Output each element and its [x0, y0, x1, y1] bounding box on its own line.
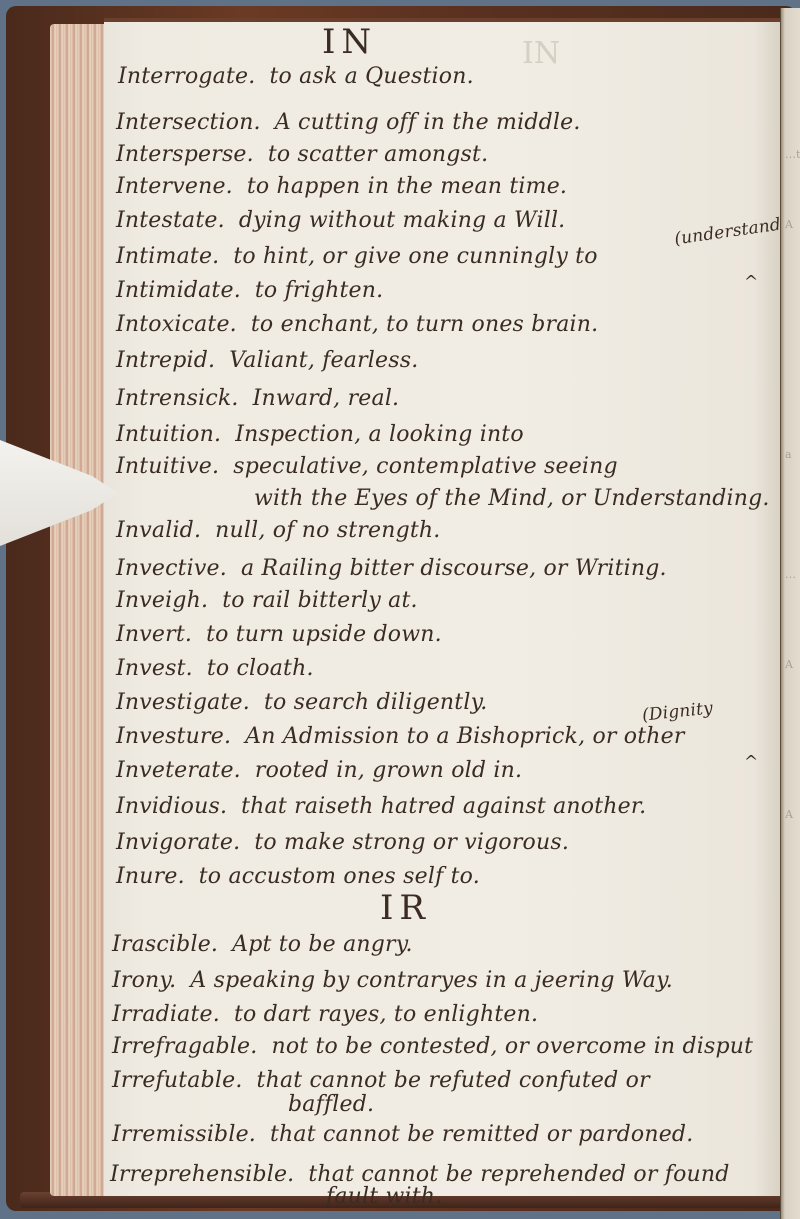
entry-term: Invigorate.	[116, 830, 240, 855]
entry-definition: to turn upside down.	[206, 622, 442, 647]
entry-irreprehensible-continuation: fault with.	[326, 1184, 442, 1209]
entry-term: Irremissible.	[112, 1122, 256, 1147]
entry-definition: to enchant, to turn ones brain.	[251, 312, 598, 337]
entry-definition: Inward, real.	[253, 386, 400, 411]
entry-definition: to happen in the mean time.	[247, 174, 567, 199]
entry-definition: A cutting off in the middle.	[275, 110, 581, 135]
entry-term: Invest.	[116, 656, 193, 681]
entry-term: Intrepid.	[116, 348, 215, 373]
entry-definition: to hint, or give one cunningly to	[233, 244, 597, 269]
entry-intersperse: Intersperse.to scatter amongst.	[116, 142, 488, 167]
entry-definition: to ask a Question.	[269, 64, 473, 89]
entry-irascible: Irascible.Apt to be angry.	[112, 932, 413, 957]
manuscript-page: IN IN Interrogate.to ask a Question. Int…	[104, 18, 780, 1196]
entry-term: Invidious.	[116, 794, 227, 819]
entry-definition: Apt to be angry.	[232, 932, 413, 957]
insertion-caret: ^	[744, 272, 758, 292]
page-edges	[50, 24, 108, 1196]
entry-interrogate: Interrogate.to ask a Question.	[118, 64, 474, 89]
entry-investigate: Investigate.to search diligently.	[116, 690, 487, 715]
entry-definition: null, of no strength.	[215, 518, 440, 543]
entry-definition: speculative, contemplative seeing	[233, 454, 618, 479]
section-heading-ir: IR	[380, 888, 431, 928]
entry-term: Intuitive.	[116, 454, 219, 479]
entry-definition: to make strong or vigorous.	[254, 830, 569, 855]
entry-term: Intrensick.	[116, 386, 239, 411]
entry-definition: to dart rayes, to enlighten.	[234, 1002, 538, 1027]
entry-invidious: Invidious.that raiseth hatred against an…	[116, 794, 646, 819]
entry-irony: Irony.A speaking by contraryes in a jeer…	[112, 968, 673, 993]
entry-term: Intersection.	[116, 110, 261, 135]
entry-term: Irreprehensible.	[110, 1162, 294, 1187]
bleed-through-heading: IN	[522, 36, 560, 71]
entry-term: Investigate.	[116, 690, 250, 715]
entry-term: Inure.	[116, 864, 185, 889]
entry-invest: Invest.to cloath.	[116, 656, 314, 681]
entry-term: Irrefragable.	[112, 1034, 257, 1059]
entry-invert: Invert.to turn upside down.	[116, 622, 442, 647]
entry-irremissible: Irremissible.that cannot be remitted or …	[112, 1122, 693, 1147]
entry-intimate: Intimate.to hint, or give one cunningly …	[116, 244, 598, 269]
entry-irrefragable: Irrefragable.not to be contested, or ove…	[112, 1034, 753, 1059]
entry-definition: Inspection, a looking into	[235, 422, 524, 447]
marginal-note-understand: (understand	[673, 215, 782, 250]
entry-definition: Valiant, fearless.	[229, 348, 418, 373]
section-heading-in: IN	[322, 22, 377, 62]
entry-irrefutable-continuation: baffled.	[288, 1092, 374, 1117]
entry-term: Inveigh.	[116, 588, 208, 613]
entry-definition: rooted in, grown old in.	[255, 758, 522, 783]
entry-definition: to rail bitterly at.	[222, 588, 418, 613]
entry-inveigh: Inveigh.to rail bitterly at.	[116, 588, 418, 613]
entry-intimidate: Intimidate.to frighten.	[116, 278, 383, 303]
entry-term: Intervene.	[116, 174, 233, 199]
entry-definition: to search diligently.	[264, 690, 488, 715]
entry-definition: that cannot be refuted confuted or	[257, 1068, 650, 1093]
entry-term: Intersperse.	[116, 142, 254, 167]
entry-irrefutable: Irrefutable.that cannot be refuted confu…	[112, 1068, 650, 1093]
entry-term: Inveterate.	[116, 758, 241, 783]
entry-term: Irascible.	[112, 932, 218, 957]
entry-term: Irradiate.	[112, 1002, 220, 1027]
entry-invigorate: Invigorate.to make strong or vigorous.	[116, 830, 569, 855]
entry-definition: that cannot be remitted or pardoned.	[270, 1122, 693, 1147]
entry-intuitive: Intuitive.speculative, contemplative see…	[116, 454, 618, 479]
entry-definition: a Railing bitter discourse, or Writing.	[241, 556, 667, 581]
entry-definition: to scatter amongst.	[268, 142, 488, 167]
entry-definition: to frighten.	[255, 278, 383, 303]
entry-inure: Inure.to accustom ones self to.	[116, 864, 480, 889]
entry-irradiate: Irradiate.to dart rayes, to enlighten.	[112, 1002, 538, 1027]
entry-investure: Investure.An Admission to a Bishoprick, …	[116, 724, 685, 749]
entry-intoxicate: Intoxicate.to enchant, to turn ones brai…	[116, 312, 598, 337]
entry-term: Intimidate.	[116, 278, 241, 303]
entry-intersection: Intersection.A cutting off in the middle…	[116, 110, 581, 135]
entry-definition: dying without making a Will.	[239, 208, 566, 233]
entry-inveterate: Inveterate.rooted in, grown old in.	[116, 758, 522, 783]
entry-intervene: Intervene.to happen in the mean time.	[116, 174, 567, 199]
entry-invalid: Invalid.null, of no strength.	[116, 518, 440, 543]
entry-term: Intestate.	[116, 208, 225, 233]
entry-invective: Invective.a Railing bitter discourse, or…	[116, 556, 667, 581]
entry-term: Irrefutable.	[112, 1068, 243, 1093]
entry-intestate: Intestate.dying without making a Will.	[116, 208, 565, 233]
entry-definition: not to be contested, or overcome in disp…	[271, 1034, 753, 1059]
entry-term: Irony.	[112, 968, 176, 993]
entry-definition: An Admission to a Bishoprick, or other	[245, 724, 684, 749]
entry-term: Interrogate.	[118, 64, 255, 89]
entry-term: Invalid.	[116, 518, 201, 543]
insertion-caret: ^	[744, 752, 758, 772]
entry-definition: to cloath.	[207, 656, 314, 681]
entry-intuitive-continuation: with the Eyes of the Mind, or Understand…	[254, 486, 770, 511]
entry-term: Intoxicate.	[116, 312, 237, 337]
entry-definition: to accustom ones self to.	[199, 864, 480, 889]
entry-term: Intuition.	[116, 422, 221, 447]
entry-term: Intimate.	[116, 244, 219, 269]
entry-intrepid: Intrepid.Valiant, fearless.	[116, 348, 418, 373]
entry-term: Invective.	[116, 556, 227, 581]
marginal-note-dignity: (Dignity	[641, 698, 714, 725]
entry-definition: that raiseth hatred against another.	[241, 794, 646, 819]
facing-page-edge: …t A a … A A	[780, 8, 800, 1219]
entry-definition: A speaking by contraryes in a jeering Wa…	[190, 968, 673, 993]
entry-intrensick: Intrensick.Inward, real.	[116, 386, 399, 411]
entry-term: Invert.	[116, 622, 192, 647]
entry-intuition: Intuition.Inspection, a looking into	[116, 422, 524, 447]
entry-term: Investure.	[116, 724, 231, 749]
